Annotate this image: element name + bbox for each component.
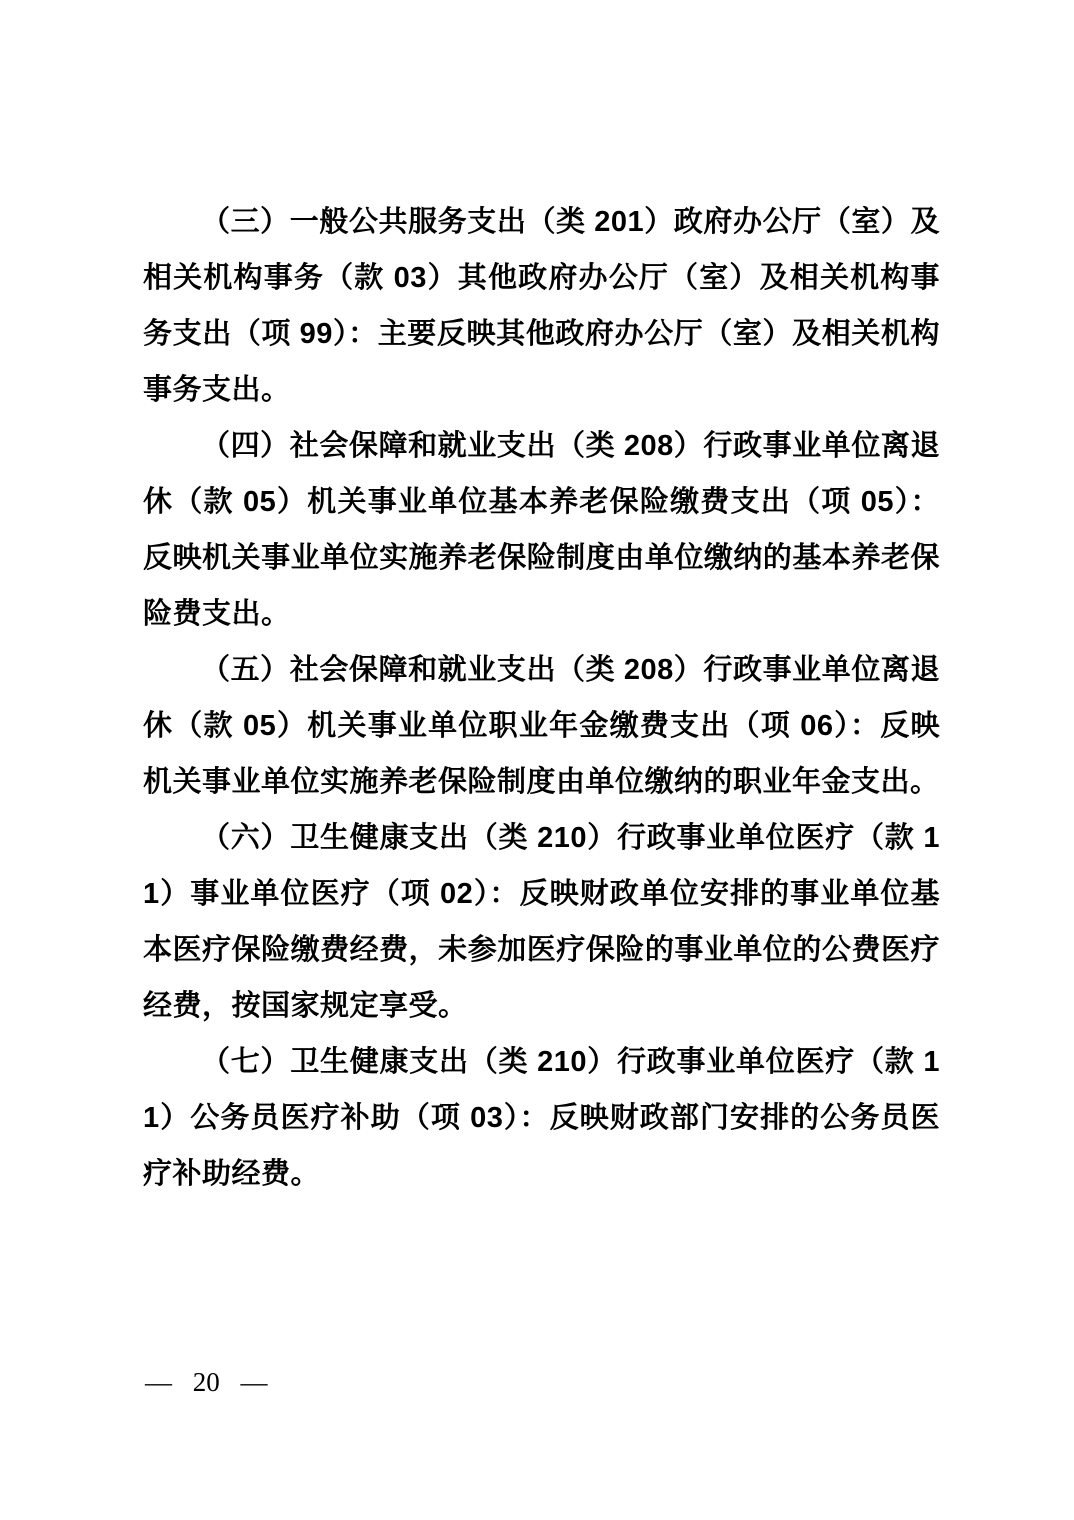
paragraph-item-5: （五）社会保障和就业支出（类 208）行政事业单位离退休（款 05）机关事业单位… xyxy=(143,642,940,810)
page-footer: — 20 — xyxy=(145,1362,268,1402)
page-number: — 20 — xyxy=(145,1367,268,1398)
paragraph-item-3: （三）一般公共服务支出（类 201）政府办公厅（室）及相关机构事务（款 03）其… xyxy=(143,194,940,418)
paragraph-item-4: （四）社会保障和就业支出（类 208）行政事业单位离退休（款 05）机关事业单位… xyxy=(143,418,940,642)
document-page: （三）一般公共服务支出（类 201）政府办公厅（室）及相关机构事务（款 03）其… xyxy=(0,0,1074,1520)
paragraph-item-7: （七）卫生健康支出（类 210）行政事业单位医疗（款 11）公务员医疗补助（项 … xyxy=(143,1034,940,1202)
paragraph-item-6: （六）卫生健康支出（类 210）行政事业单位医疗（款 11）事业单位医疗（项 0… xyxy=(143,810,940,1034)
document-body: （三）一般公共服务支出（类 201）政府办公厅（室）及相关机构事务（款 03）其… xyxy=(143,194,940,1202)
